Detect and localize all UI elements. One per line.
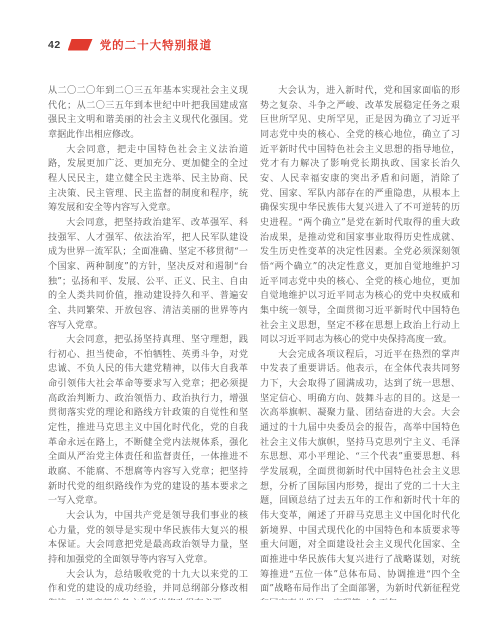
paragraph: 大会认为，总结吸收党的十九大以来党的工作和党的建设的成功经验，并同总纲部分修改相…: [48, 568, 248, 600]
paragraph: 大会同意，把走中国特色社会主义法治道路，发展更加广泛、更加充分、更加健全的全过程…: [48, 143, 248, 216]
paragraph: 从二〇二〇年到二〇三五年基本实现社会主义现代化；从二〇三五年到本世纪中叶把我国建…: [48, 84, 248, 143]
section-title: 党的二十大特别报道: [100, 37, 213, 53]
paragraph: 大会认为，进入新时代，党和国家面临的形势之复杂、斗争之严峻、改革发展稳定任务之艰…: [260, 84, 460, 348]
paragraph: 大会同意，把坚持政治建军、改革强军、科技强军、人才强军、依法治军，把人民军队建设…: [48, 216, 248, 333]
paragraph: 大会完成各项议程后，习近平在热烈的掌声中发表了重要讲话。他表示，在全体代表共同努…: [260, 348, 460, 600]
magazine-page: 42 党的二十大特别报道 从二〇二〇年到二〇三五年基本实现社会主义现代化；从二〇…: [0, 0, 496, 640]
paragraph: 大会认为，中国共产党是领导我们事业的核心力量，党的领导是实现中华民族伟大复兴的根…: [48, 509, 248, 568]
page-header: 42 党的二十大特别报道: [48, 37, 212, 52]
left-column: 从二〇二〇年到二〇三五年基本实现社会主义现代化；从二〇三五年到本世纪中叶把我国建…: [48, 84, 248, 600]
section-marker-icon: [68, 39, 93, 51]
right-column: 大会认为，进入新时代，党和国家面临的形势之复杂、斗争之严峻、改革发展稳定任务之艰…: [260, 84, 460, 600]
article-body: 从二〇二〇年到二〇三五年基本实现社会主义现代化；从二〇三五年到本世纪中叶把我国建…: [48, 84, 460, 600]
paragraph: 大会同意，把弘扬坚持真理、坚守理想，践行初心、担当使命，不怕牺牲、英勇斗争，对党…: [48, 333, 248, 509]
page-number: 42: [48, 39, 61, 51]
